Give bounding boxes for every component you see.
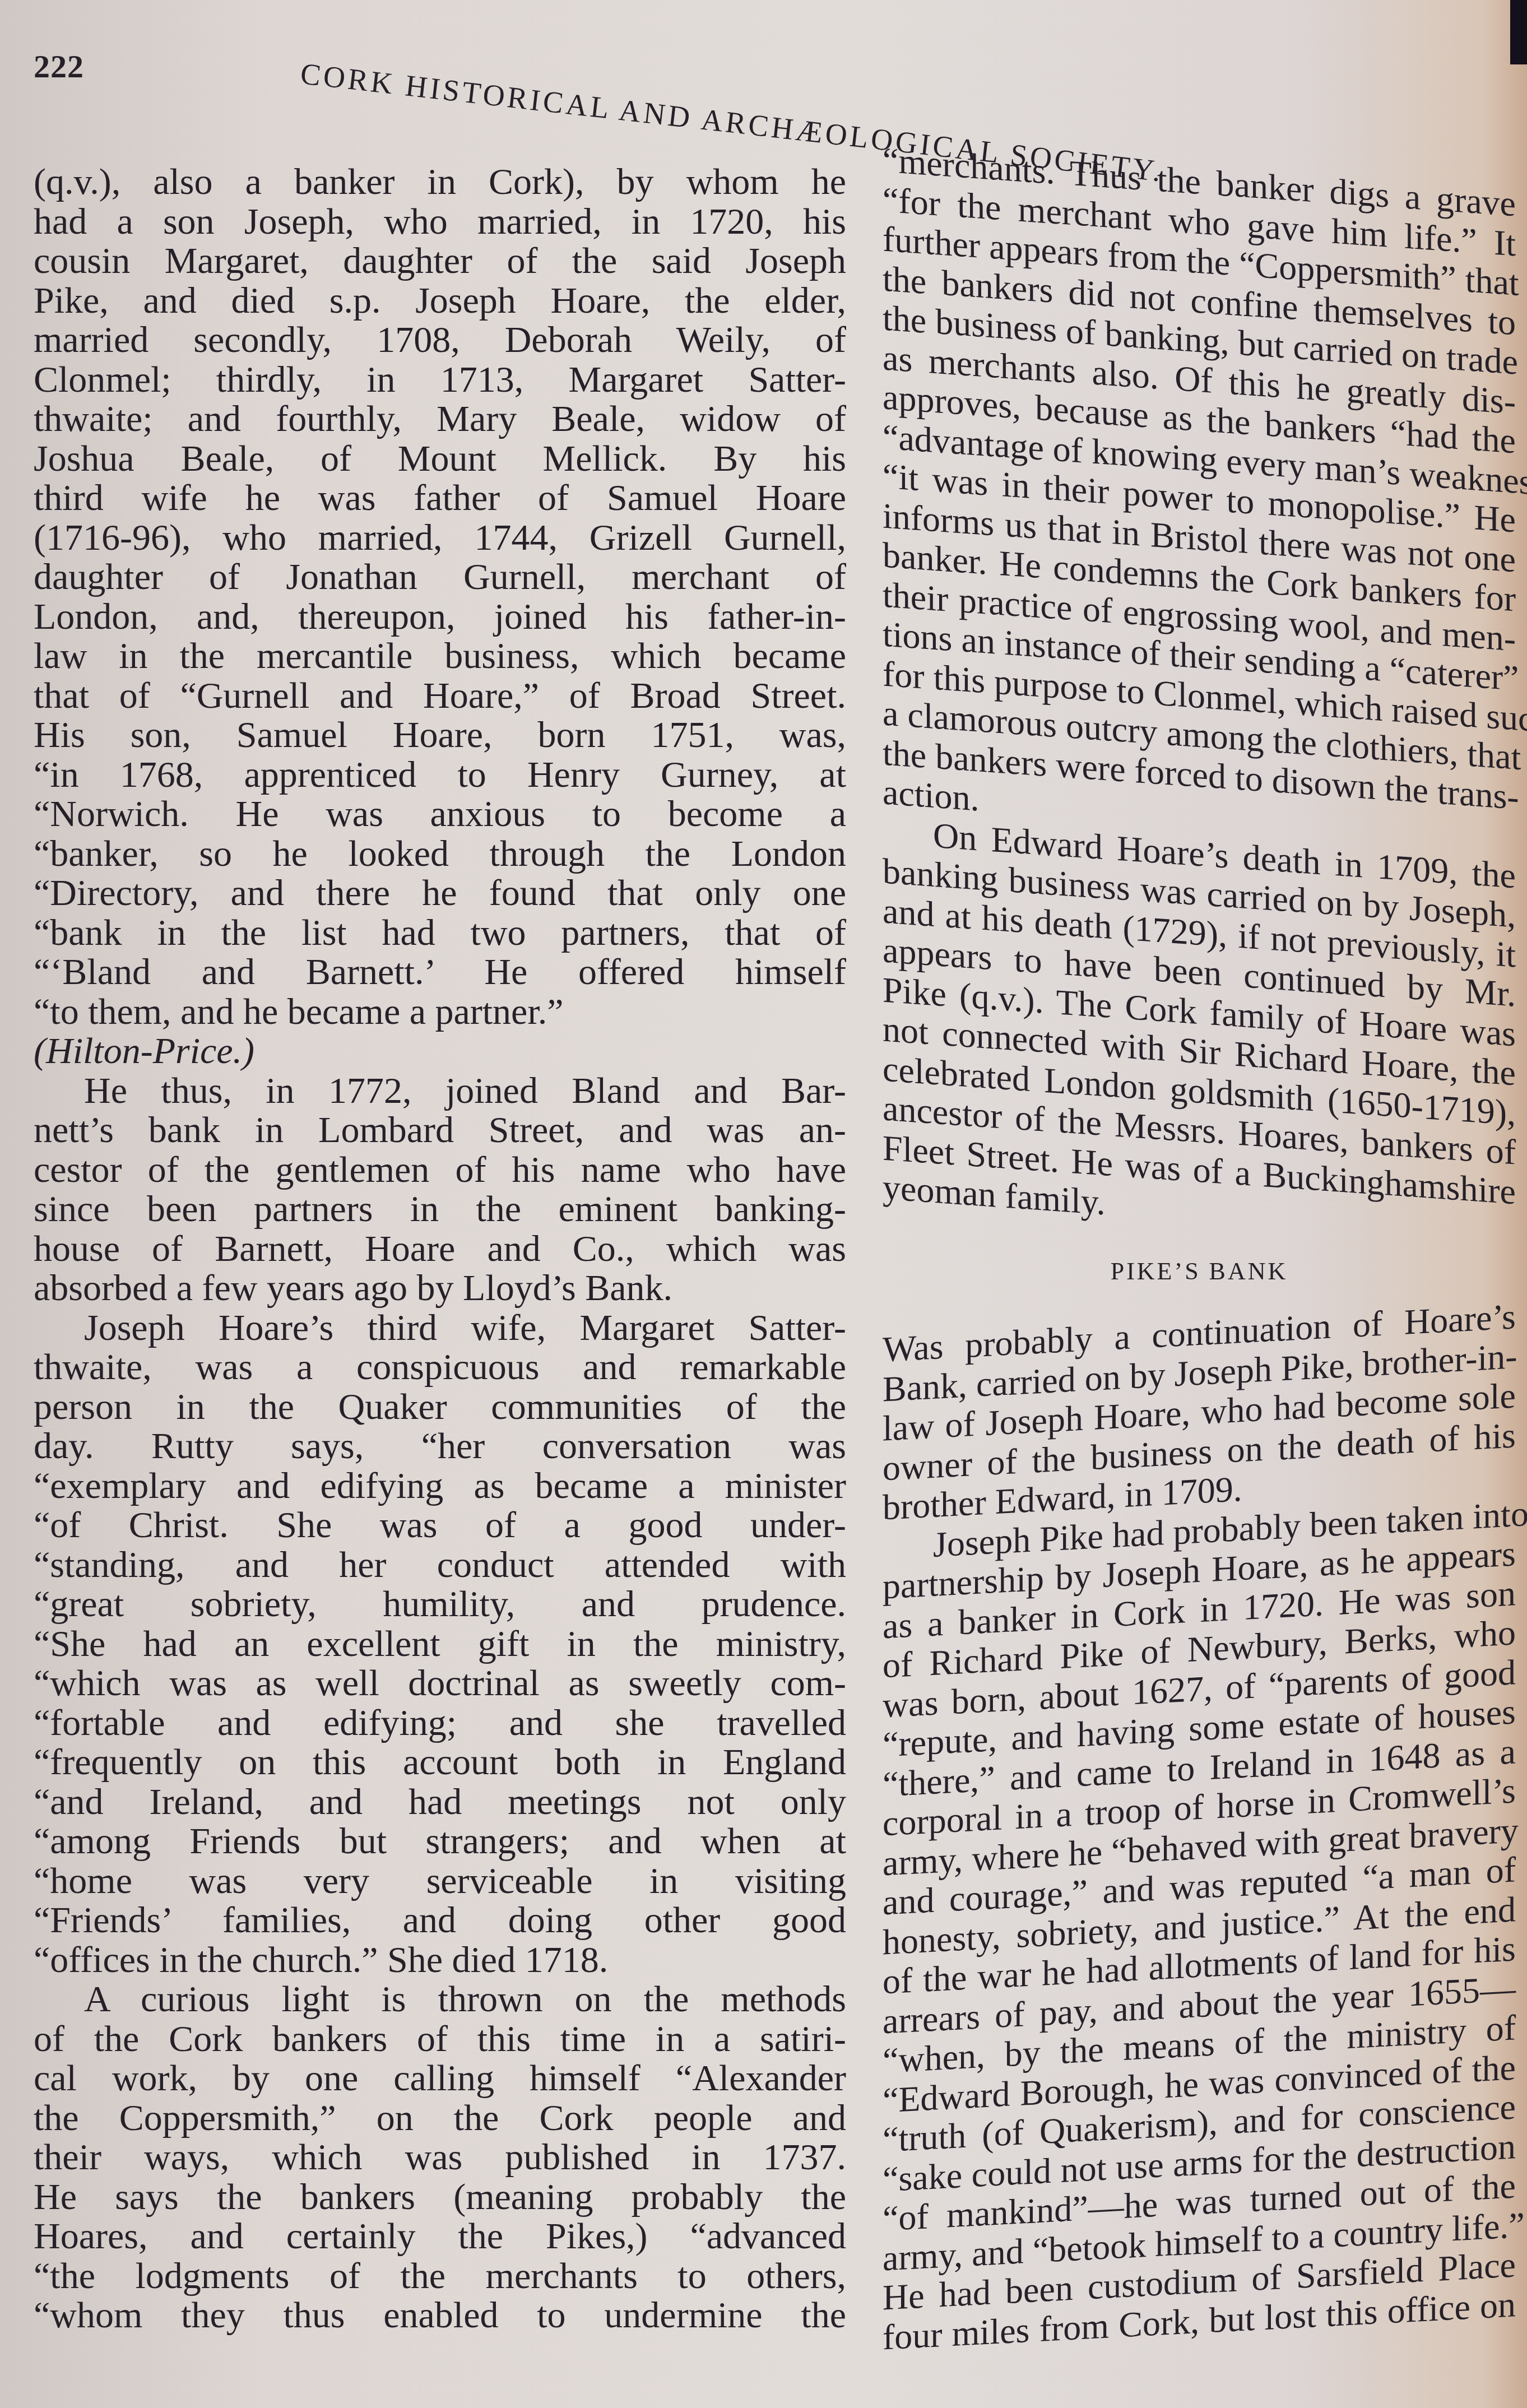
text-line: cestor of the gentlemen of his name who … [34,1150,846,1190]
text-line: of the Cork bankers of this time in a sa… [34,2020,846,2059]
text-line: Joshua Beale, of Mount Mellick. By his [34,439,846,479]
text-line: Hoares, and certainly the Pikes,) “advan… [34,2217,846,2257]
text-line: “Directory, and there he found that only… [34,874,846,913]
text-line: His son, Samuel Hoare, born 1751, was, [34,716,846,755]
text-line: “offices in the church.” She died 1718. [34,1941,846,1980]
text-line: “fortable and edifying; and she travelle… [34,1704,846,1743]
text-line: (q.v.), also a banker in Cork), by whom … [34,163,846,202]
book-edge-shadow [1510,0,1527,64]
text-line: daughter of Jonathan Gurnell, merchant o… [34,558,846,597]
text-line: (1716-96), who married, 1744, Grizell Gu… [34,518,846,558]
text-line: Pike, and died s.p. Joseph Hoare, the el… [34,281,846,321]
section-heading-pikes-bank: PIKE’S BANK [883,1252,1516,1292]
text-line: He thus, in 1772, joined Bland and Bar- [34,1071,846,1111]
text-line: the Coppersmith,” on the Cork people and [34,2099,846,2138]
text-line: their ways, which was published in 1737. [34,2138,846,2178]
text-line: “of Christ. She was of a good under- [34,1506,846,1546]
text-line: person in the Quaker communities of the [34,1388,846,1427]
page-header: 222 CORK HISTORICAL AND ARCHÆOLOGICAL SO… [34,34,1379,146]
text-line: absorbed a few years ago by Lloyd’s Bank… [34,1269,846,1309]
text-line: “standing, and her conduct attended with [34,1546,846,1585]
text-line: had a son Joseph, who married, in 1720, … [34,202,846,242]
text-line: “‘Bland and Barnett.’ He offered himself [34,953,846,992]
text-line: “Friends’ families, and doing other good [34,1901,846,1941]
text-line: Clonmel; thirdly, in 1713, Margaret Satt… [34,360,846,400]
text-line: that of “Gurnell and Hoare,” of Broad St… [34,676,846,716]
text-line: “and Ireland, and had meetings not only [34,1783,846,1822]
text-line: “frequently on this account both in Engl… [34,1743,846,1783]
text-line: A curious light is thrown on the methods [34,1980,846,2020]
text-line: (Hilton-Price.) [34,1032,846,1071]
text-line: day. Rutty says, “her conversation was [34,1427,846,1467]
text-line: “in 1768, apprenticed to Henry Gurney, a… [34,755,846,795]
left-column: (q.v.), also a banker in Cork), by whom … [34,163,846,2336]
page-number: 222 [34,48,84,85]
text-line: “She had an excellent gift in the minist… [34,1625,846,1664]
text-line: “whom they thus enabled to undermine the [34,2296,846,2336]
text-line: law in the mercantile business, which be… [34,637,846,676]
text-line: “among Friends but strangers; and when a… [34,1822,846,1862]
text-line: house of Barnett, Hoare and Co., which w… [34,1229,846,1269]
text-line: “great sobriety, humility, and prudence. [34,1585,846,1625]
text-line: Joseph Hoare’s third wife, Margaret Satt… [34,1309,846,1348]
text-line: He says the bankers (meaning probably th… [34,2178,846,2217]
text-line: since been partners in the eminent banki… [34,1190,846,1229]
text-line: nett’s bank in Lombard Street, and was a… [34,1111,846,1150]
text-line: third wife he was father of Samuel Hoare [34,479,846,518]
text-line: “the lodgments of the merchants to other… [34,2257,846,2296]
text-line: “to them, and he became a partner.” [34,992,846,1032]
text-line: cousin Margaret, daughter of the said Jo… [34,242,846,281]
text-line: married secondly, 1708, Deborah Weily, o… [34,321,846,360]
right-column: “merchants. Thus the banker digs a grave… [883,163,1516,2341]
text-line: “which was as well doctrinal as sweetly … [34,1664,846,1704]
text-line: “home was very serviceable in visiting [34,1862,846,1901]
text-line: “banker, so he looked through the London [34,834,846,874]
text-line: “Norwich. He was anxious to become a [34,795,846,834]
text-line: “exemplary and edifying as became a mini… [34,1467,846,1506]
text-line: cal work, by one calling himself “Alexan… [34,2059,846,2099]
right-column-pike-section: Was probably a continuation of Hoare’sBa… [883,1297,1516,2357]
right-column-hoare-section: “merchants. Thus the banker digs a grave… [883,140,1516,1251]
text-line: thwaite, was a conspicuous and remarkabl… [34,1348,846,1388]
text-line: London, and, thereupon, joined his fathe… [34,597,846,637]
text-line: thwaite; and fourthly, Mary Beale, widow… [34,400,846,439]
text-line: “bank in the list had two partners, that… [34,913,846,953]
